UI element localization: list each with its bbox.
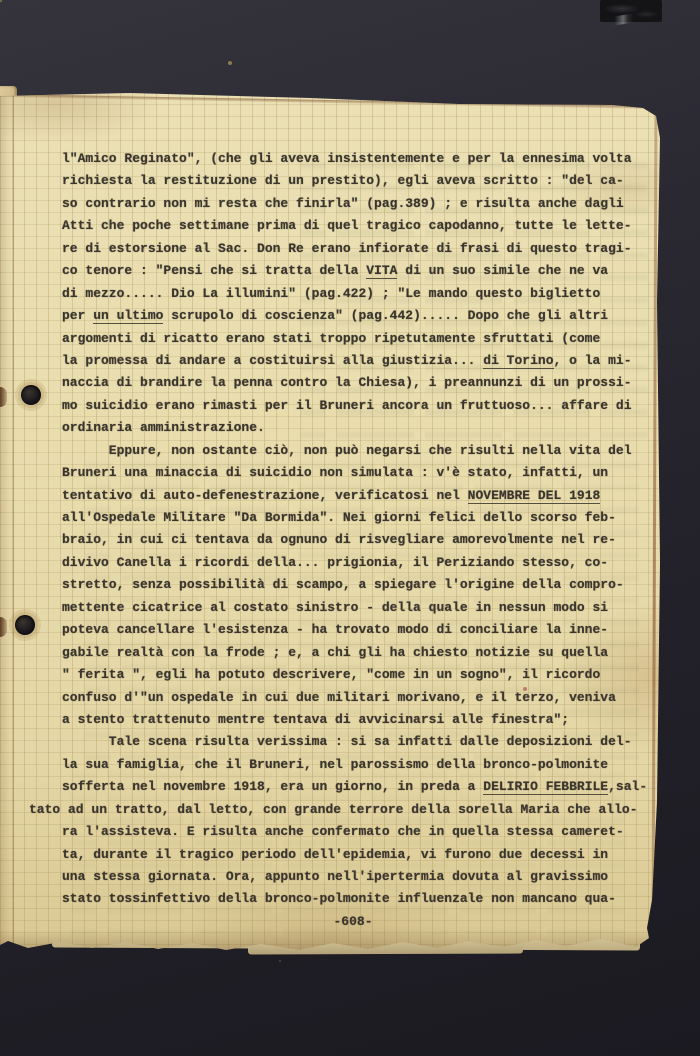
text-line: co tenore : "Pensi che si tratta della V…: [62, 260, 644, 282]
text-segment: richiesta la restituzione di un prestito…: [62, 173, 624, 188]
paper-top-edge: [0, 94, 664, 109]
text-segment: so contrario non mi resta che finirla" (…: [62, 196, 624, 211]
text-segment: Tale scena risulta verissima : si sa inf…: [62, 734, 632, 749]
text-line: braio, in cui ci tentava da ognuno di ri…: [62, 529, 644, 551]
text-segment: argomenti di ricatto erano stati troppo …: [62, 331, 600, 346]
underlined-text: NOVEMBRE DEL 1918: [468, 488, 601, 504]
text-segment: la promessa di andare a costituirsi alla…: [62, 353, 483, 368]
text-line: naccia di brandire la penna contro la Ch…: [62, 372, 644, 394]
text-segment: ta, durante il tragico periodo dell'epid…: [62, 847, 608, 862]
text-segment: re di estorsione al Sac. Don Re erano in…: [62, 241, 632, 256]
photo-backdrop: l"Amico Reginato", (che gli aveva insist…: [0, 0, 700, 1056]
text-segment: la sua famiglia, che il Bruneri, nel par…: [62, 757, 608, 772]
text-line: l"Amico Reginato", (che gli aveva insist…: [62, 148, 644, 170]
text-segment: stretto, senza possibilità di scampo, a …: [62, 577, 624, 592]
page-number: -608-: [62, 911, 644, 933]
text-line: stretto, senza possibilità di scampo, a …: [62, 574, 644, 596]
text-segment: a stento trattenuto mentre tentava di av…: [62, 712, 569, 727]
text-line: sofferta nel novembre 1918, era un giorn…: [62, 776, 644, 798]
text-lines-container: l"Amico Reginato", (che gli aveva insist…: [62, 148, 644, 911]
underlined-text: di Torino: [483, 353, 553, 369]
text-segment: co tenore : "Pensi che si tratta della: [62, 263, 366, 278]
text-line: di mezzo..... Dio La illumini" (pag.422)…: [62, 283, 644, 305]
text-segment: all'Ospedale Militare "Da Bormida". Nei …: [62, 510, 616, 525]
underlined-text: VITA: [366, 263, 397, 279]
text-line: divivo Canella i ricordi della... prigio…: [62, 552, 644, 574]
text-line: all'Ospedale Militare "Da Bormida". Nei …: [62, 507, 644, 529]
text-segment: gabile realtà con la frode ; e, a chi gl…: [62, 645, 608, 660]
text-line: per un ultimo scrupolo di coscienza" (pa…: [62, 305, 644, 327]
text-segment: l"Amico Reginato", (che gli aveva insist…: [62, 151, 632, 166]
document-page: l"Amico Reginato", (che gli aveva insist…: [0, 92, 664, 956]
text-line: re di estorsione al Sac. Don Re erano in…: [62, 238, 644, 260]
text-line: gabile realtà con la frode ; e, a chi gl…: [62, 642, 644, 664]
text-line: confuso d'"un ospedale in cui due milita…: [62, 687, 644, 709]
text-segment: ,sal-: [608, 779, 647, 794]
text-segment: poteva cancellare l'esistenza - ha trova…: [62, 622, 608, 637]
text-segment: sofferta nel novembre 1918, era un giorn…: [62, 779, 483, 794]
text-segment: di un suo simile che ne va: [397, 263, 608, 278]
underlined-text: DELIRIO FEBBRILE: [483, 779, 608, 795]
text-line: una stessa giornata. Ora, appunto nell'i…: [62, 866, 644, 888]
text-line: tentativo di auto-defenestrazione, verif…: [62, 485, 644, 507]
text-segment: ra l'assisteva. E risulta anche conferma…: [62, 824, 624, 839]
text-segment: scrupolo di coscienza" (pag.442)..... Do…: [163, 308, 608, 323]
text-line: Eppure, non ostante ciò, non può negarsi…: [62, 440, 644, 462]
text-line: ta, durante il tragico periodo dell'epid…: [62, 844, 644, 866]
text-line: argomenti di ricatto erano stati troppo …: [62, 328, 644, 350]
paper-right-edge: [652, 112, 658, 932]
text-line: " ferita ", egli ha potuto descrivere, "…: [62, 664, 644, 686]
text-line: stato tossinfettivo della bronco-polmoni…: [62, 888, 644, 910]
text-segment: , o la mi-: [554, 353, 632, 368]
text-segment: ordinaria amministrazione.: [62, 420, 265, 435]
text-line: so contrario non mi resta che finirla" (…: [62, 193, 644, 215]
punch-hole-bottom: [15, 615, 35, 635]
text-segment: Bruneri una minaccia di suicidio non sim…: [62, 465, 608, 480]
text-line: poteva cancellare l'esistenza - ha trova…: [62, 619, 644, 641]
text-segment: una stessa giornata. Ora, appunto nell'i…: [62, 869, 608, 884]
dust-speckles: [0, 0, 2, 2]
underlined-text: un ultimo: [93, 308, 163, 324]
paper-left-crease: [0, 92, 14, 956]
text-segment: tentativo di auto-defenestrazione, verif…: [62, 488, 468, 503]
text-line: la promessa di andare a costituirsi alla…: [62, 350, 644, 372]
typewritten-text: l"Amico Reginato", (che gli aveva insist…: [62, 148, 644, 933]
text-line: Bruneri una minaccia di suicidio non sim…: [62, 462, 644, 484]
text-segment: Atti che poche settimane prima di quel t…: [62, 218, 632, 233]
text-segment: mettente cicatrice al costato sinistro -…: [62, 600, 608, 615]
text-line: Tale scena risulta verissima : si sa inf…: [62, 731, 644, 753]
text-segment: " ferita ", egli ha potuto descrivere, "…: [62, 667, 600, 682]
text-segment: confuso d'"un ospedale in cui due milita…: [62, 690, 616, 705]
text-line: Atti che poche settimane prima di quel t…: [62, 215, 644, 237]
punch-hole-top: [21, 385, 41, 405]
text-segment: mo suicidio erano rimasti per il Bruneri…: [62, 398, 632, 413]
text-line: ordinaria amministrazione.: [62, 417, 644, 439]
text-line: la sua famiglia, che il Bruneri, nel par…: [62, 754, 644, 776]
text-segment: per: [62, 308, 93, 323]
text-line: tato ad un tratto, dal letto, con grande…: [29, 799, 644, 821]
text-line: richiesta la restituzione di un prestito…: [62, 170, 644, 192]
text-segment: di mezzo..... Dio La illumini" (pag.422)…: [62, 286, 600, 301]
text-line: mo suicidio erano rimasti per il Bruneri…: [62, 395, 644, 417]
text-line: a stento trattenuto mentre tentava di av…: [62, 709, 644, 731]
text-line: ra l'assisteva. E risulta anche conferma…: [62, 821, 644, 843]
text-segment: stato tossinfettivo della bronco-polmoni…: [62, 891, 616, 906]
text-segment: Eppure, non ostante ciò, non può negarsi…: [62, 443, 632, 458]
text-segment: naccia di brandire la penna contro la Ch…: [62, 375, 632, 390]
text-segment: braio, in cui ci tentava da ognuno di ri…: [62, 532, 616, 547]
text-segment: tato ad un tratto, dal letto, con grande…: [29, 802, 638, 817]
text-segment: divivo Canella i ricordi della... prigio…: [62, 555, 608, 570]
text-line: mettente cicatrice al costato sinistro -…: [62, 597, 644, 619]
